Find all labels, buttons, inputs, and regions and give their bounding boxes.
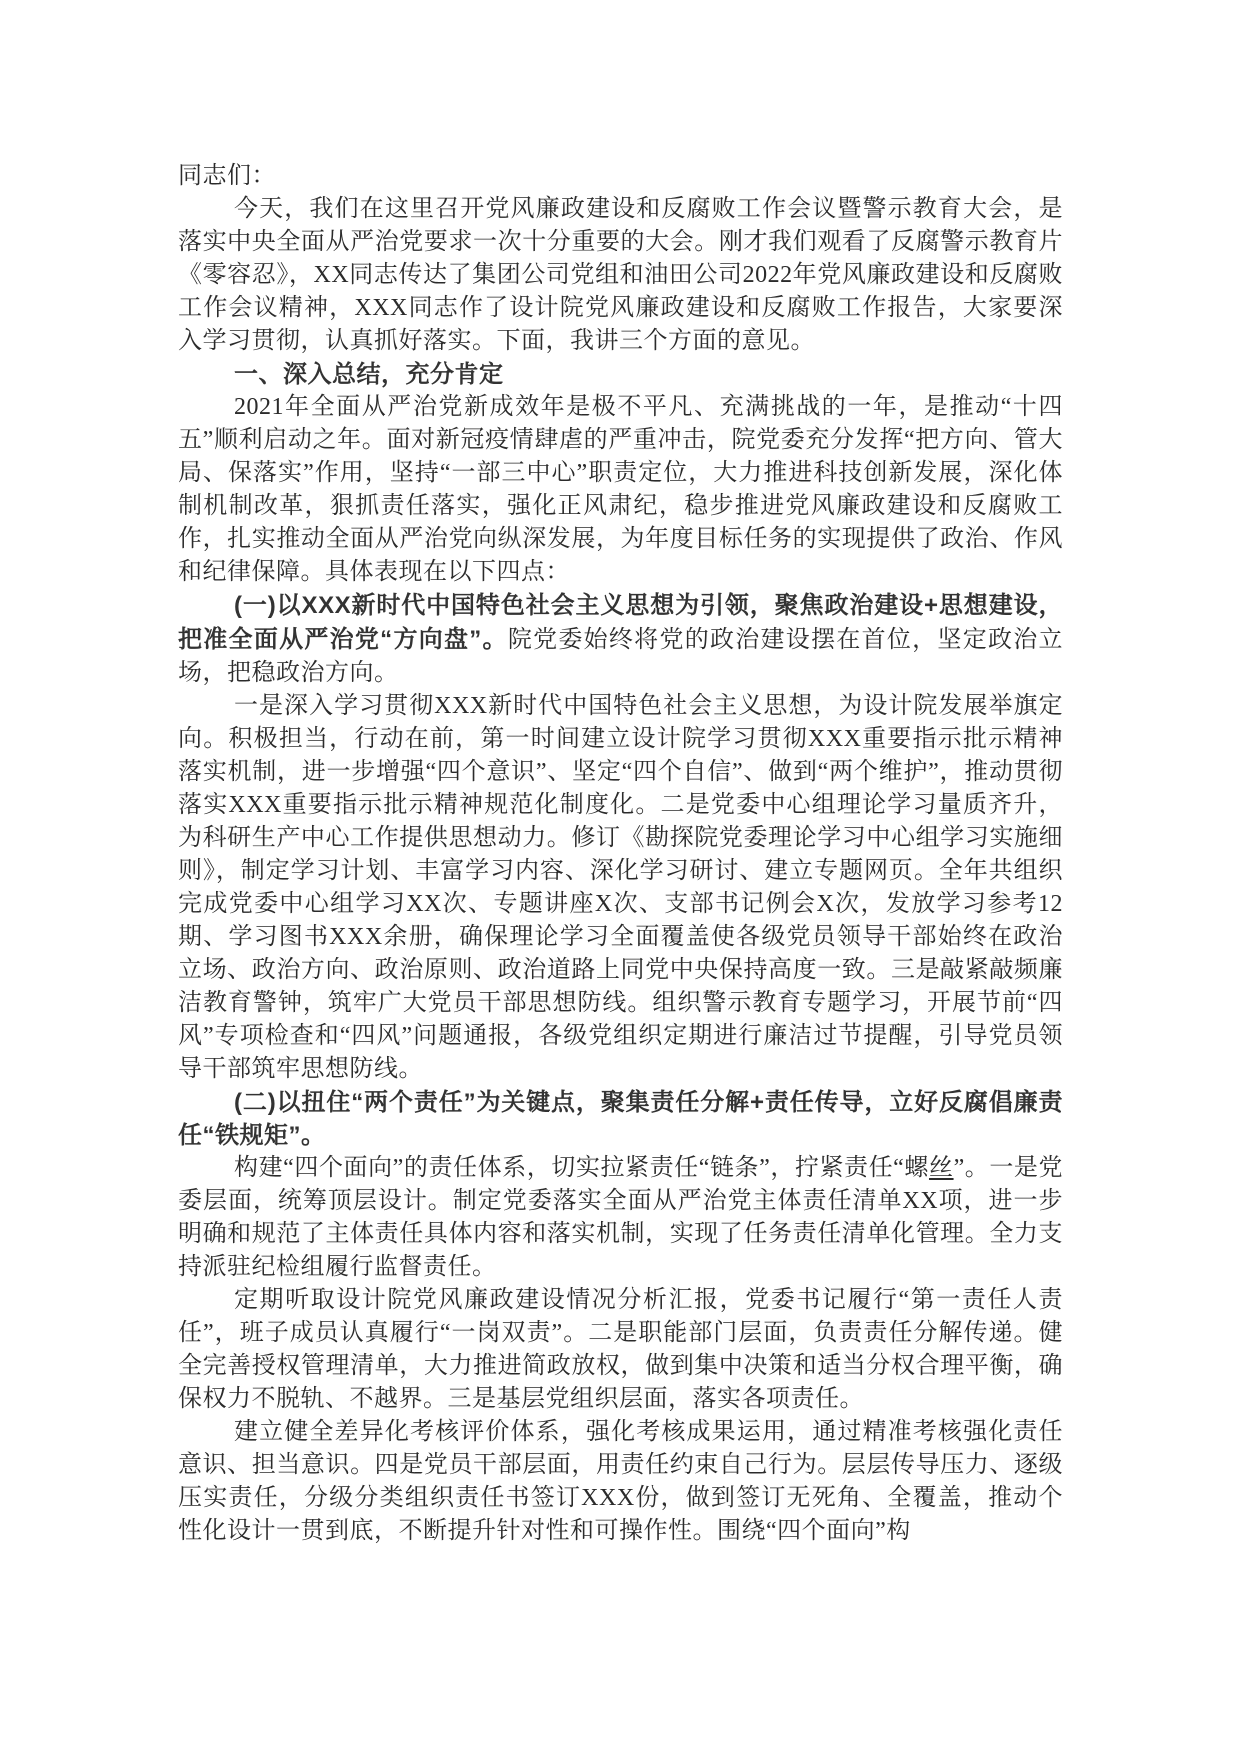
intro-paragraph: 今天，我们在这里召开党风廉政建设和反腐败工作会议暨警示教育大会，是落实中央全面从… [178, 193, 1063, 358]
responsibility-pre-text: 构建“四个面向”的责任体系，切实拉紧责任“链条”，拧紧责任“螺 [234, 1155, 929, 1181]
assessment-paragraph: 建立健全差异化考核评价体系，强化考核成果运用，通过精准考核强化责任意识、担当意识… [178, 1416, 1063, 1548]
section-1-heading: 一、深入总结，充分肯定 [178, 358, 1063, 391]
review-2021-paragraph: 2021年全面从严治党新成效年是极不平凡、充满挑战的一年，是推动“十四五”顺利启… [178, 391, 1063, 589]
salutation-line: 同志们： [178, 160, 1063, 193]
subsection-2-heading: (二)以扭住“两个责任”为关键点，聚集责任分解+责任传导，立好反腐倡廉责任“铁规… [178, 1086, 1063, 1152]
subsection-1-paragraph: (一)以XXX新时代中国特色社会主义思想为引领，聚焦政治建设+思想建设，把准全面… [178, 589, 1063, 690]
responsibility-underlined-char: 丝 [929, 1155, 954, 1181]
point-one-paragraph: 一是深入学习贯彻XXX新时代中国特色社会主义思想，为设计院发展举旗定向。积极担当… [178, 690, 1063, 1086]
document-page: 同志们： 今天，我们在这里召开党风廉政建设和反腐败工作会议暨警示教育大会，是落实… [178, 160, 1063, 1548]
responsibility-system-paragraph: 构建“四个面向”的责任体系，切实拉紧责任“链条”，拧紧责任“螺丝”。一是党委层面… [178, 1152, 1063, 1284]
briefing-paragraph: 定期听取设计院党风廉政建设情况分析汇报，党委书记履行“第一责任人责任”，班子成员… [178, 1284, 1063, 1416]
